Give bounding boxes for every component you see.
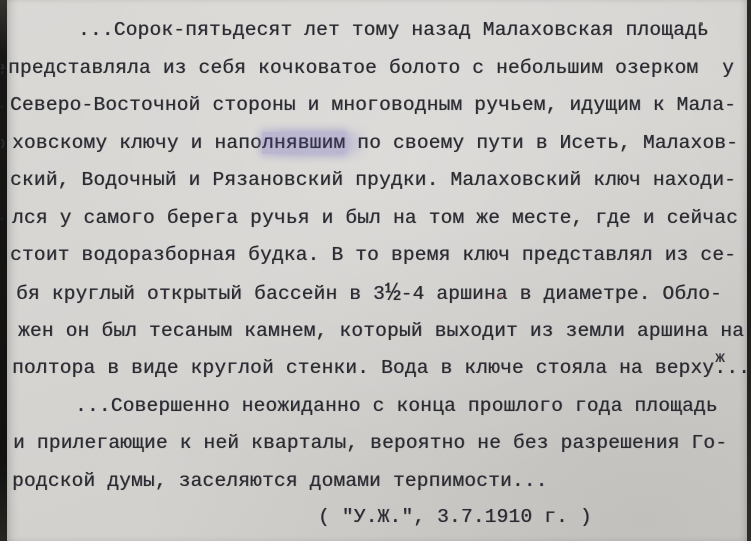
text-line-paragraph-start: ...Совершенно неожиданно с конца прошлог… <box>75 393 718 419</box>
scan-edge-shadow-right <box>747 0 751 541</box>
text-line-with-fraction: бя круглый открытый бассейн в 3½-4 аршин… <box>16 280 722 307</box>
text-line: Северо-Восточной стороны и многоводным р… <box>10 92 736 118</box>
scan-speck <box>498 294 502 298</box>
text-segment: .. <box>726 357 750 379</box>
scan-speck <box>699 22 703 26</box>
footnote-asterisk: ж <box>715 345 725 371</box>
text-line: и прилегающие к ней кварталы, вероятно н… <box>13 430 727 456</box>
text-line: жен он был тесаным камнем, который выход… <box>18 318 744 344</box>
clipped-letter: - <box>1 208 11 232</box>
text-line: лся у самого берега ручья и был на том ж… <box>12 205 738 231</box>
text-segment: бя круглый открытый бассейн в 3 <box>16 283 385 305</box>
text-segment: полтора в виде круглой стенки. Вода в кл… <box>12 357 714 379</box>
text-line-with-footnote: полтора в виде круглой стенки. Вода в кл… <box>12 355 750 381</box>
text-line: родской думы, заселяются домами терпимос… <box>12 468 548 494</box>
highlighted-word: лнявшим <box>262 132 345 154</box>
text-line-with-highlight: ховскому ключу и наполнявшим по своему п… <box>12 130 738 156</box>
text-segment: -4 аршина в диаметре. Обло- <box>401 283 722 305</box>
text-segment: ховскому ключу и напо <box>12 132 262 154</box>
text-segment: по своему пути в Исеть, Малахов- <box>345 132 738 154</box>
text-line: стоит водоразборная будка. В то время кл… <box>10 242 736 268</box>
citation-line: ( "У.Ж.", 3.7.1910 г. ) <box>318 504 592 530</box>
footnote-marker: ж. <box>714 355 726 381</box>
scanned-document-page: е - о : - · ...Сорок-пятьдесят лет тому … <box>0 0 751 541</box>
text-line: ский, Водочный и Рязановский прудки. Мал… <box>10 167 736 193</box>
text-line: представляла из себя кочковатое болото с… <box>8 55 734 81</box>
text-line-paragraph-start: ...Сорок-пятьдесят лет тому назад Малахо… <box>78 17 709 43</box>
fraction-one-half: ½ <box>385 278 401 308</box>
clipped-letter: о <box>1 133 11 157</box>
